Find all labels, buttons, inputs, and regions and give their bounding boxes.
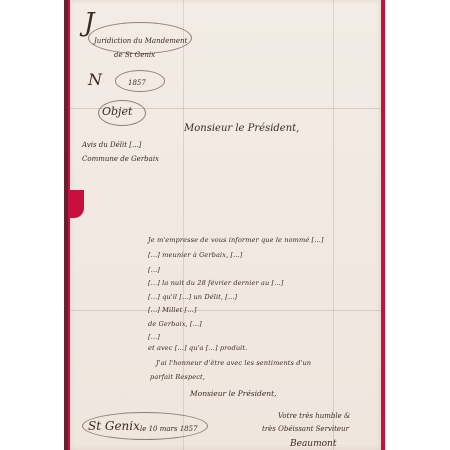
horizontal-fold-line <box>70 310 381 311</box>
signature-name: Beaumont <box>290 440 336 449</box>
document-number: 1857 <box>128 80 146 87</box>
body-line: [...] <box>148 333 160 341</box>
object-label: Objet <box>102 106 132 117</box>
date: le 10 mars 1857 <box>140 426 198 433</box>
body-line: et avec [...] qu'a [...] produit. <box>148 344 247 352</box>
body-line: [...] Millet [...] <box>148 306 197 314</box>
signature-line1: Votre très humble & <box>278 413 350 420</box>
signature-line2: très Obéissant Serviteur <box>262 426 349 433</box>
body-line: [...] meunier à Gerbaix, [...] <box>148 251 242 259</box>
closing-salutation: Monsieur le Président, <box>190 390 277 398</box>
torn-paper-edge <box>70 190 84 218</box>
body-line: [...] qu'il [...] un Délit, [...] <box>148 293 237 301</box>
letterhead-line1: Juridiction du Mandement <box>94 38 187 45</box>
closing-line: parfait Respect, <box>150 373 205 381</box>
body-line: Je m'empresse de vous informer que le no… <box>148 236 324 244</box>
letterhead-initial: J <box>84 10 94 36</box>
letterhead-line2: de St Genix <box>114 52 155 59</box>
place: St Genix <box>88 420 140 432</box>
body-line: [...] <box>148 266 160 274</box>
document-scan: J Juridiction du Mandement de St Genix N… <box>0 0 450 450</box>
salutation: Monsieur le Président, <box>184 124 299 134</box>
closing-line: J'ai l'honneur d'être avec les sentiment… <box>156 359 311 367</box>
object-line2: Commune de Gerbaix <box>82 156 159 163</box>
left-edge-shadow <box>64 0 68 450</box>
vertical-fold-line <box>333 0 334 450</box>
body-line: de Gerbaix, [...] <box>148 320 202 328</box>
vertical-fold-line <box>183 0 184 450</box>
body-line: [...] la nuit du 28 février dernier au [… <box>148 279 283 287</box>
object-line1: Avis du Délit [...] <box>82 142 141 149</box>
letter-paper <box>70 0 381 450</box>
number-label: N <box>88 72 102 88</box>
